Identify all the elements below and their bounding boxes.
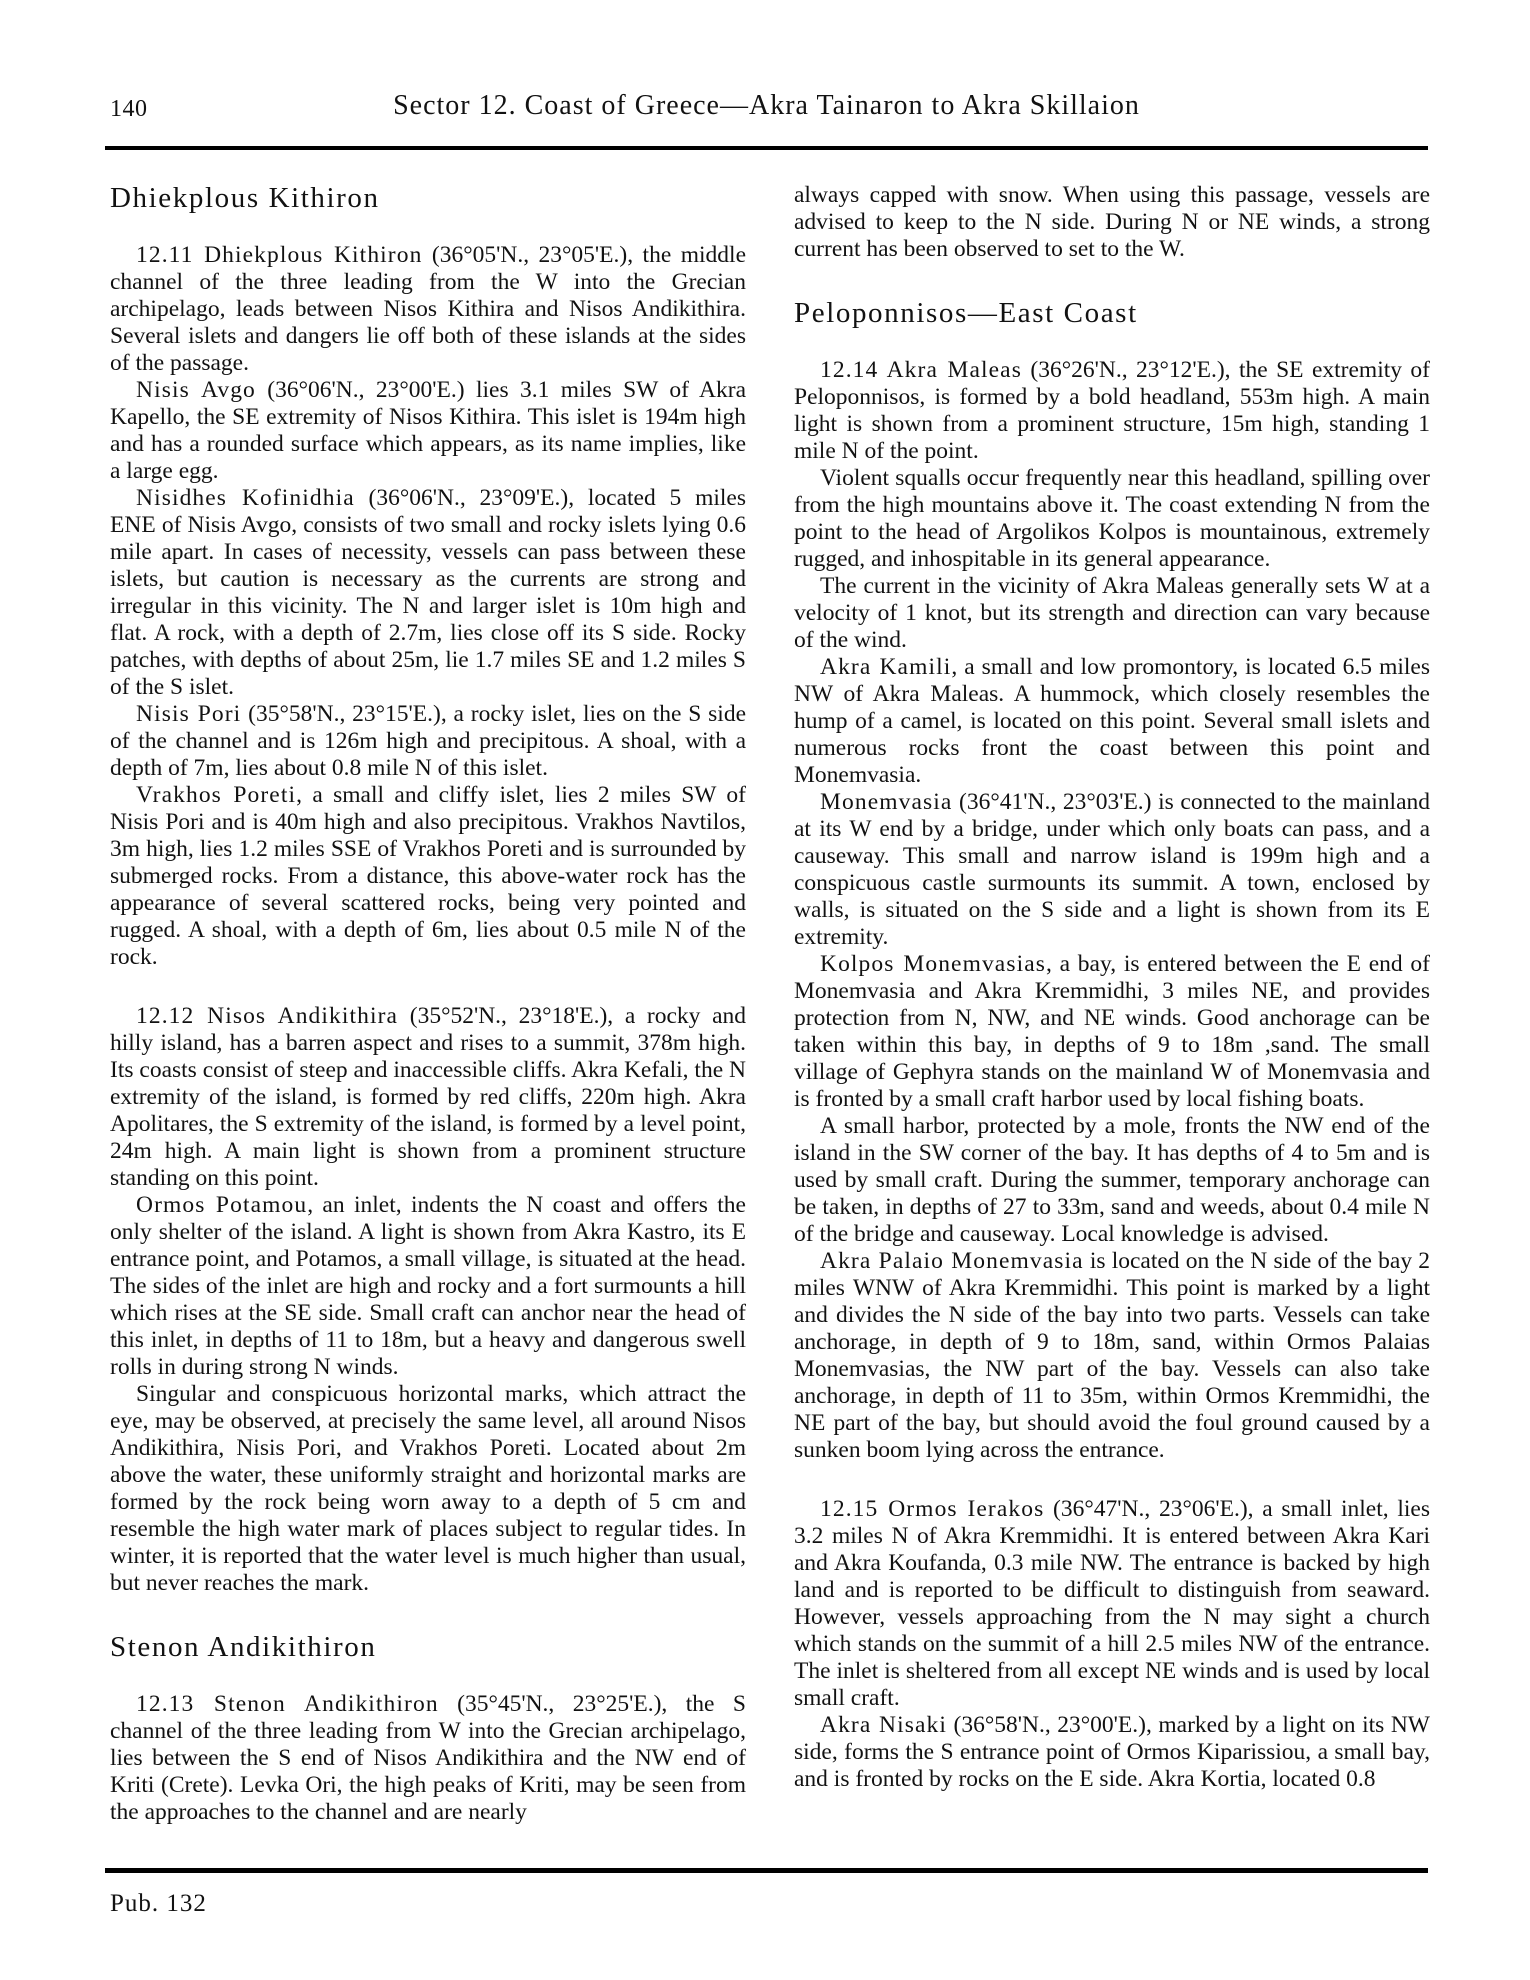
paragraph-akra-palaio-monemvasia: Akra Palaio Monemvasia is located on the… [794,1248,1430,1464]
document-page: 140 Sector 12. Coast of Greece—Akra Tain… [0,0,1530,1980]
paragraph-nisis-avgo: Nisis Avgo (36°06'N., 23°00'E.) lies 3.1… [110,377,746,485]
paragraph-lead: Akra Nisaki [820,1712,947,1738]
section-heading-stenon-andikithiron: Stenon Andikithiron [110,1631,746,1663]
paragraph-lead: Vrakhos Poreti [136,782,296,808]
paragraph-lead: Nisis Avgo [136,377,256,403]
header-title: Sector 12. Coast of Greece—Akra Tainaron… [105,90,1428,122]
paragraph-lead: Akra Palaio Monemvasia [820,1248,1084,1274]
paragraph-text: Singular and conspicuous horizontal mark… [110,1381,746,1596]
paragraph-12-12: 12.12 Nisos Andikithira (35°52'N., 23°18… [110,1003,746,1192]
paragraph-12-15: 12.15 Ormos Ierakos (36°47'N., 23°06'E.)… [794,1496,1430,1712]
paragraph-text: (36°47'N., 23°06'E.), a small inlet, lie… [794,1496,1430,1711]
paragraph-text: Violent squalls occur frequently near th… [794,465,1430,572]
paragraph-continuation: always capped with snow. When using this… [794,182,1430,263]
paragraph-text: The current in the vicinity of Akra Male… [794,573,1430,653]
paragraph-lead: Nisidhes Kofinidhia [136,485,355,511]
paragraph-lead: 12.13 Stenon Andikithiron [136,1691,439,1717]
left-column: Dhiekplous Kithiron 12.11 Dhiekplous Kit… [110,182,746,1826]
paragraph-lead: 12.15 Ormos Ierakos [820,1496,1044,1522]
paragraph-ormos-potamou: Ormos Potamou, an inlet, indents the N c… [110,1192,746,1381]
paragraph-text: , a small and cliffy islet, lies 2 miles… [110,782,746,970]
paragraph-lead: 12.12 Nisos Andikithira [136,1003,398,1029]
section-heading-dhiekplous-kithiron: Dhiekplous Kithiron [110,182,746,214]
paragraph-kolpos-monemvasias: Kolpos Monemvasias, a bay, is entered be… [794,951,1430,1113]
paragraph-lead: Ormos Potamou [136,1192,307,1218]
paragraph-violent-squalls: Violent squalls occur frequently near th… [794,465,1430,573]
paragraph-current: The current in the vicinity of Akra Male… [794,573,1430,654]
paragraph-lead: Nisis Pori [136,701,241,727]
paragraph-lead: 12.14 Akra Maleas [820,357,1022,383]
paragraph-text: , an inlet, indents the N coast and offe… [110,1192,746,1380]
paragraph-lead: Monemvasia [820,789,952,815]
page-header: 140 Sector 12. Coast of Greece—Akra Tain… [105,90,1428,130]
page-footer: Pub. 132 [110,1890,207,1918]
paragraph-text: (35°52'N., 23°18'E.), a rocky and hilly … [110,1003,746,1191]
paragraph-akra-nisaki: Akra Nisaki (36°58'N., 23°00'E.), marked… [794,1712,1430,1793]
paragraph-monemvasia: Monemvasia (36°41'N., 23°03'E.) is conne… [794,789,1430,951]
paragraph-small-harbor: A small harbor, protected by a mole, fro… [794,1113,1430,1248]
paragraph-text: is located on the N side of the bay 2 mi… [794,1248,1430,1463]
paragraph-12-13: 12.13 Stenon Andikithiron (35°45'N., 23°… [110,1691,746,1826]
paragraph-text: A small harbor, protected by a mole, fro… [794,1113,1430,1247]
paragraph-nisis-pori: Nisis Pori (35°58'N., 23°15'E.), a rocky… [110,701,746,782]
paragraph-12-11: 12.11 Dhiekplous Kithiron (36°05'N., 23°… [110,242,746,377]
header-rule [105,146,1428,150]
paragraph-12-14: 12.14 Akra Maleas (36°26'N., 23°12'E.), … [794,357,1430,465]
paragraph-lead: 12.11 Dhiekplous Kithiron [136,242,422,268]
paragraph-nisidhes-kofinidhia: Nisidhes Kofinidhia (36°06'N., 23°09'E.)… [110,485,746,701]
paragraph-lead: Kolpos Monemvasias [820,951,1046,977]
paragraph-akra-kamili: Akra Kamili, a small and low promontory,… [794,654,1430,789]
footer-rule [105,1868,1428,1873]
text-columns: Dhiekplous Kithiron 12.11 Dhiekplous Kit… [110,182,1430,1826]
paragraph-text: (36°06'N., 23°09'E.), located 5 miles EN… [110,485,746,700]
paragraph-vrakhos-poreti: Vrakhos Poreti, a small and cliffy islet… [110,782,746,971]
paragraph-lead: Akra Kamili [820,654,951,680]
publication-number: Pub. 132 [110,1890,207,1917]
section-heading-peloponnisos-east-coast: Peloponnisos—East Coast [794,297,1430,329]
right-column: always capped with snow. When using this… [794,182,1430,1826]
paragraph-horizontal-marks: Singular and conspicuous horizontal mark… [110,1381,746,1597]
paragraph-text: always capped with snow. When using this… [794,182,1430,262]
page-number: 140 [110,96,148,123]
